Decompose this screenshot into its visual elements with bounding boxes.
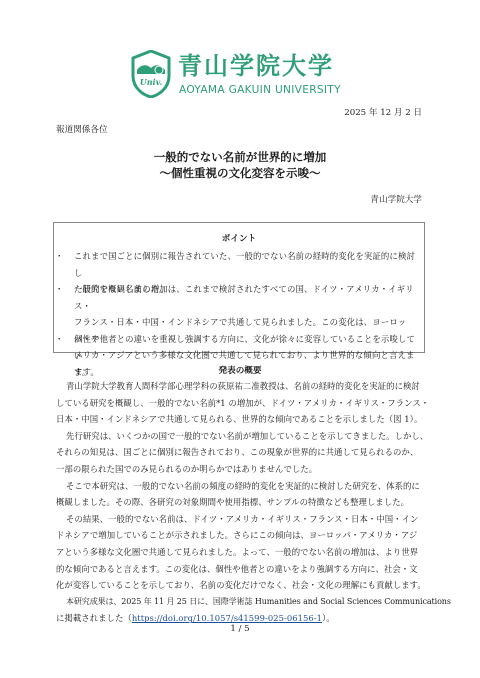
document-subtitle: ～個性重視の文化変容を示唆～ bbox=[0, 165, 480, 181]
issuing-organization: 青山学院大学 bbox=[370, 193, 422, 205]
release-date: 2025 年 12 月 2 日 bbox=[344, 106, 422, 118]
key-points-heading: ポイント bbox=[54, 232, 424, 244]
document-title: 一般的でない名前が世界的に増加 bbox=[0, 149, 480, 165]
logo-name-english: AOYAMA GAKUIN UNIVERSITY bbox=[179, 84, 341, 96]
publication-text-end: ）。 bbox=[322, 613, 335, 623]
body-line: 一部の限られた国でのみ見られるのか明らかではありませんでした。 bbox=[56, 461, 424, 478]
key-point-line: これまで国ごとに個別に報告されていた、一般的でない名前の経時的変化を実証的に検討… bbox=[74, 248, 422, 281]
doi-link[interactable]: https://doi.org/10.1057/s41599-025-06156… bbox=[132, 613, 322, 623]
body-line: 日本・中国・インドネシアで共通して見られる、世界的な傾向であることを示しました（… bbox=[56, 411, 424, 428]
bullet-icon: ・ bbox=[55, 281, 64, 298]
publication-text: に掲載されました（ bbox=[56, 613, 132, 623]
key-points-box: ポイント ・ これまで国ごとに個別に報告されていた、一般的でない名前の経時的変化… bbox=[53, 222, 425, 353]
body-line: 青山学院大学教育人間科学部心理学科の荻原祐二准教授は、名前の経時的変化を実証的に… bbox=[56, 378, 424, 395]
svg-text:Univ.: Univ. bbox=[140, 77, 163, 87]
university-emblem-icon: Univ. bbox=[131, 50, 171, 98]
body-line: 先行研究は、いくつかの国で一般的でない名前が増加していることを示してきました。し… bbox=[56, 428, 424, 445]
university-logo: Univ. 青山学院大学 AOYAMA GAKUIN UNIVERSITY bbox=[131, 50, 355, 106]
key-point-line: 個性や他者との違いを重視し強調する方向に、文化が徐々に変容していることを示唆して… bbox=[74, 331, 422, 364]
body-line: その結果、一般的でない名前は、ドイツ・アメリカ・イギリス・フランス・日本・中国・… bbox=[56, 511, 424, 528]
bullet-icon: ・ bbox=[55, 331, 64, 348]
body-line: 本研究成果は、2025 年 11 月 25 日に、国際学術誌 Humanitie… bbox=[56, 594, 424, 611]
addressee: 報道関係各位 bbox=[56, 123, 108, 135]
body-line: ドネシアで増加していることが示されました。さらにこの傾向は、ヨーロッパ・アメリカ… bbox=[56, 527, 424, 544]
key-point-line: 一般的でない名前の増加は、これまで検討されたすべての国、ドイツ・アメリカ・イギリ… bbox=[74, 281, 422, 314]
body-line: 的な傾向であると言えます。この変化は、個性や他者との違いをより強調する方向に、社… bbox=[56, 561, 424, 578]
overview-heading: 発表の概要 bbox=[0, 364, 480, 376]
body-line: アという多様な文化圏で共通して見られました。よって、一般的でない名前の増加は、よ… bbox=[56, 544, 424, 561]
overview-body: 青山学院大学教育人間科学部心理学科の荻原祐二准教授は、名前の経時的変化を実証的に… bbox=[56, 378, 424, 627]
bullet-icon: ・ bbox=[55, 248, 64, 265]
body-line: 概観しました。その際、各研究の対象期間や使用指標、サンプルの特徴なども整理しまし… bbox=[56, 494, 424, 511]
body-line: そこで本研究は、一般的でない名前の頻度の経時的変化を実証的に検討した研究を、体系… bbox=[56, 478, 424, 495]
body-line: している研究を概観し、一般的でない名前*1 の増加が、ドイツ・アメリカ・イギリス… bbox=[56, 395, 424, 412]
page-number: 1 / 5 bbox=[0, 624, 480, 634]
body-line: 化が変容していることを示しており、名前の変化だけでなく、社会・文化の理解にも貢献… bbox=[56, 577, 424, 594]
body-line: それらの知見は、国ごとに個別に報告されており、この現象が世界的に共通して見られる… bbox=[56, 444, 424, 461]
logo-name-japanese: 青山学院大学 bbox=[178, 52, 334, 80]
